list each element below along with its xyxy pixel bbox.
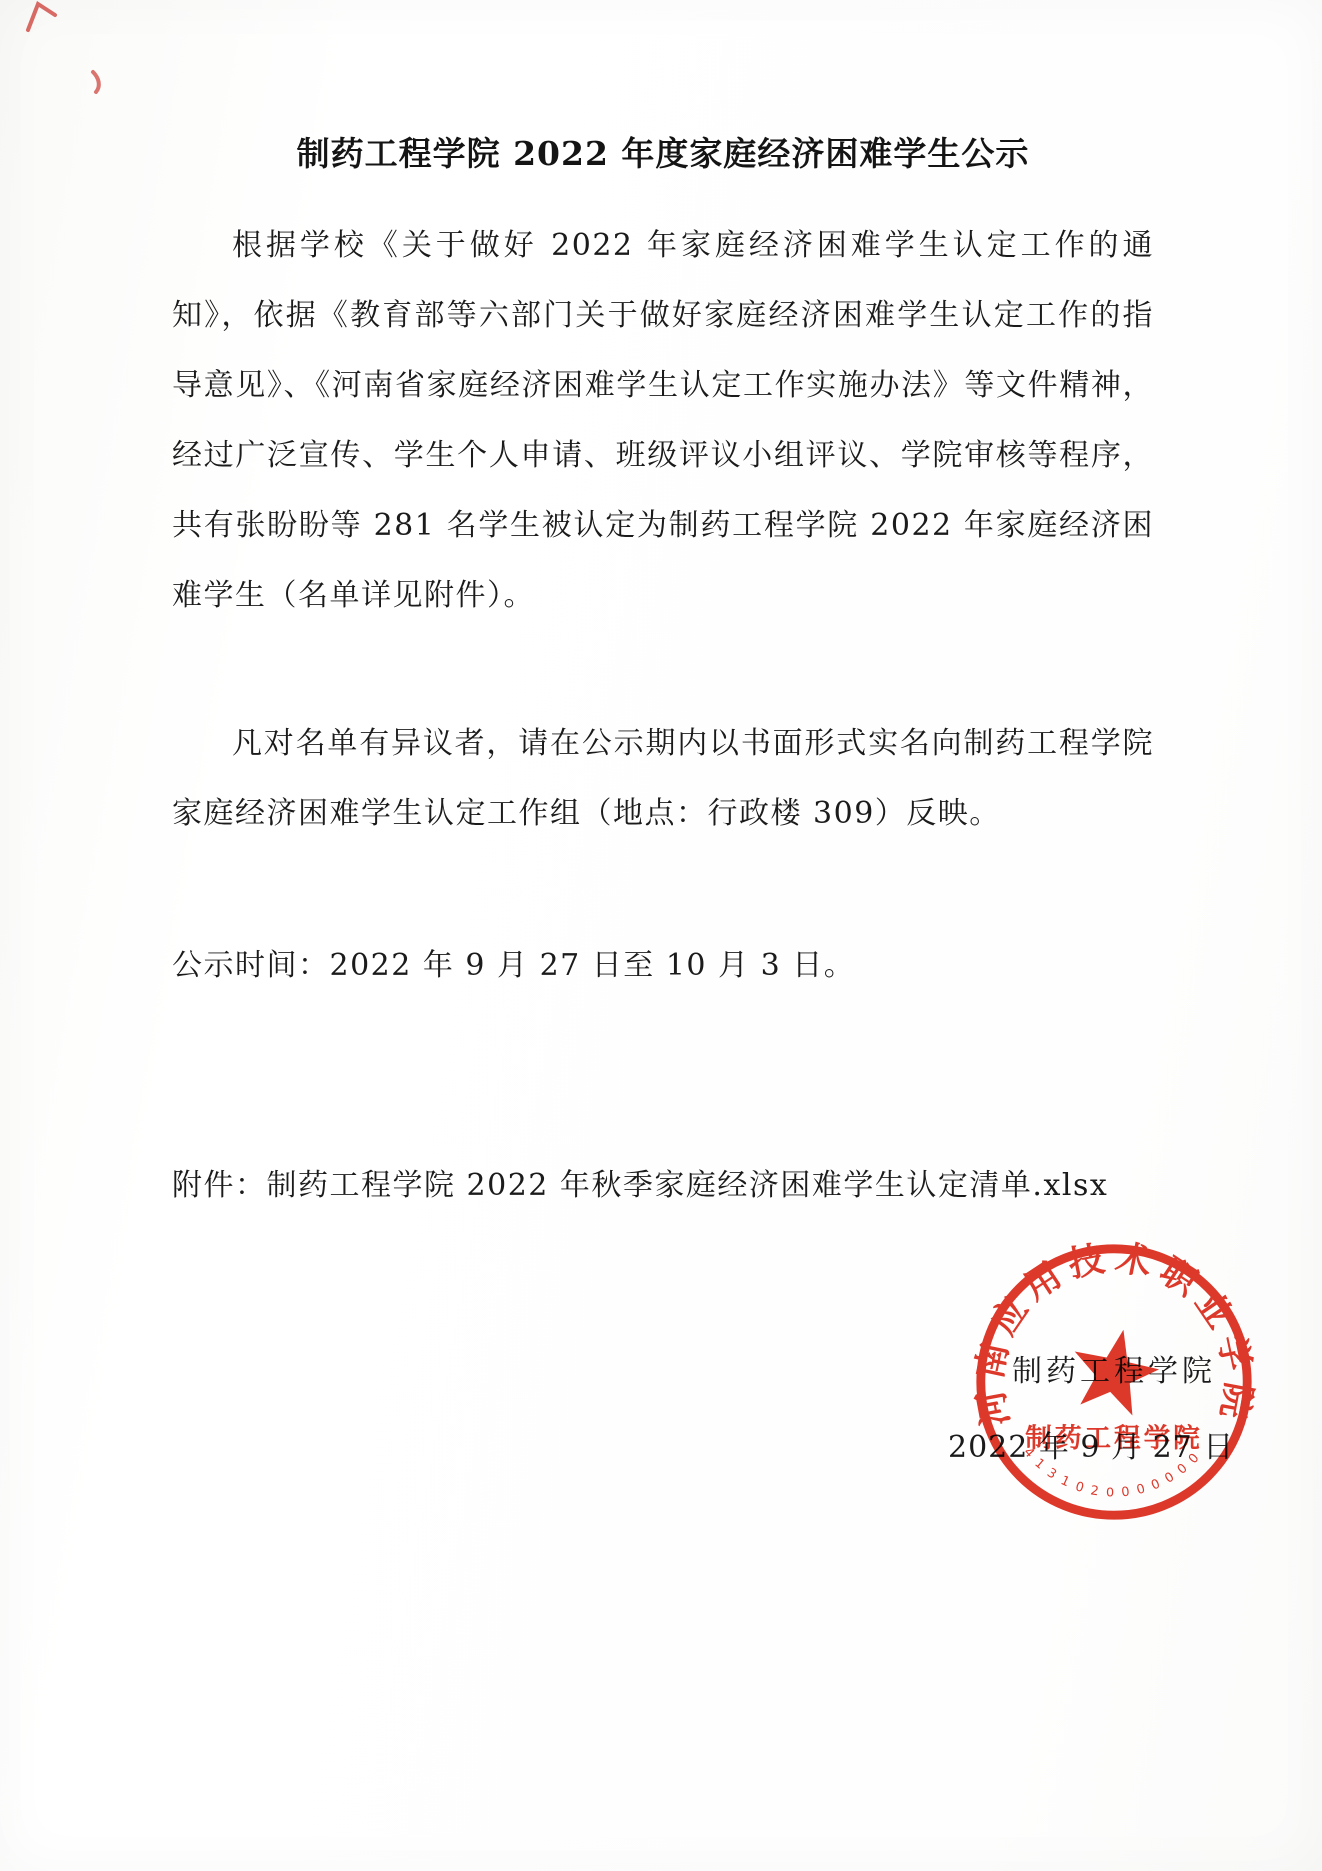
official-seal: 河南应用技术职业学院 制药工程学院 4131020000000 — [966, 1234, 1262, 1530]
red-pen-mark-icon — [24, 0, 60, 34]
publicity-period-line: 公示时间：2022 年 9 月 27 日至 10 月 3 日。 — [172, 931, 1154, 1001]
document-body: 制药工程学院 2022 年度家庭经济困难学生公示 根据学校《关于做好 2022 … — [172, 0, 1154, 1221]
seal-ring-text-container: 河南应用技术职业学院 — [969, 1237, 1259, 1430]
red-pen-mark-icon — [88, 68, 108, 96]
seal-ring-text: 河南应用技术职业学院 — [969, 1237, 1259, 1430]
scanned-notice-page: 制药工程学院 2022 年度家庭经济困难学生公示 根据学校《关于做好 2022 … — [0, 0, 1322, 1871]
seal-center-text: 制药工程学院 — [1025, 1423, 1203, 1454]
attachment-filename-line: 附件：制药工程学院 2022 年秋季家庭经济困难学生认定清单.xlsx — [172, 1151, 1154, 1221]
notice-title: 制药工程学院 2022 年度家庭经济困难学生公示 — [172, 128, 1154, 175]
paragraph-recognition-basis: 根据学校《关于做好 2022 年家庭经济困难学生认定工作的通知》，依据《教育部等… — [172, 211, 1154, 631]
seal-star-icon — [1064, 1321, 1165, 1419]
paragraph-objection-procedure: 凡对名单有异议者，请在公示期内以书面形式实名向制药工程学院家庭经济困难学生认定工… — [172, 709, 1154, 849]
